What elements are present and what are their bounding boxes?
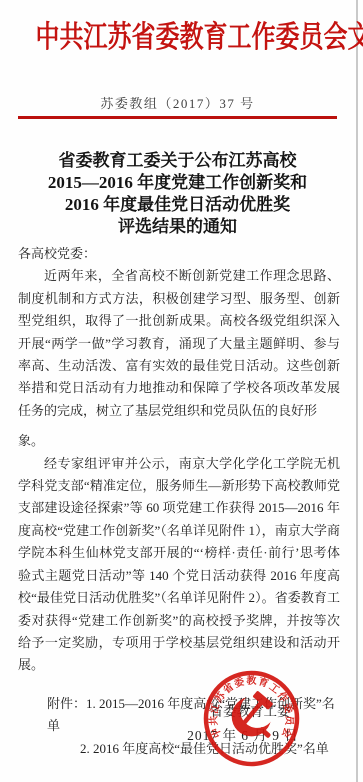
official-document-page: 中共江苏省委教育工作委员会文件 苏委教组（2017）37 号 省委教育工委关于公… — [0, 0, 363, 782]
attachments-label: 附件： — [47, 696, 86, 711]
page-edge-shadow — [356, 0, 358, 782]
paragraph-2: 经专家组评审并公示，南京大学化学化工学院无机学科党支部“精准定位，服务师生—新形… — [18, 453, 340, 677]
document-header-title: 中共江苏省委教育工作委员会文件 — [36, 18, 320, 58]
title-line-4: 评选结果的通知 — [0, 216, 355, 238]
red-divider-rule — [18, 116, 337, 119]
title-line-2: 2015—2016 年度党建工作创新奖和 — [0, 172, 355, 194]
issuing-authority-signature: 省委教育工委 — [177, 700, 323, 720]
document-body: 各高校党委： 近两年来，全省高校不断创新党建工作理念思路、制度机制和方式方法，积… — [18, 243, 340, 760]
salutation: 各高校党委： — [18, 243, 340, 265]
issue-date: 2017 年 6 月 9 日 — [165, 724, 321, 744]
title-line-1: 省委教育工委关于公布江苏高校 — [0, 150, 355, 172]
paragraph-1-continued: 象。 — [18, 430, 340, 452]
title-line-3: 2016 年度最佳党日活动优胜奖 — [0, 194, 355, 216]
document-title: 省委教育工委关于公布江苏高校 2015—2016 年度党建工作创新奖和 2016… — [0, 150, 355, 238]
paragraph-1: 近两年来，全省高校不断创新党建工作理念思路、制度机制和方式方法，积极创建学习型、… — [18, 265, 340, 422]
document-number: 苏委教组（2017）37 号 — [0, 93, 355, 112]
